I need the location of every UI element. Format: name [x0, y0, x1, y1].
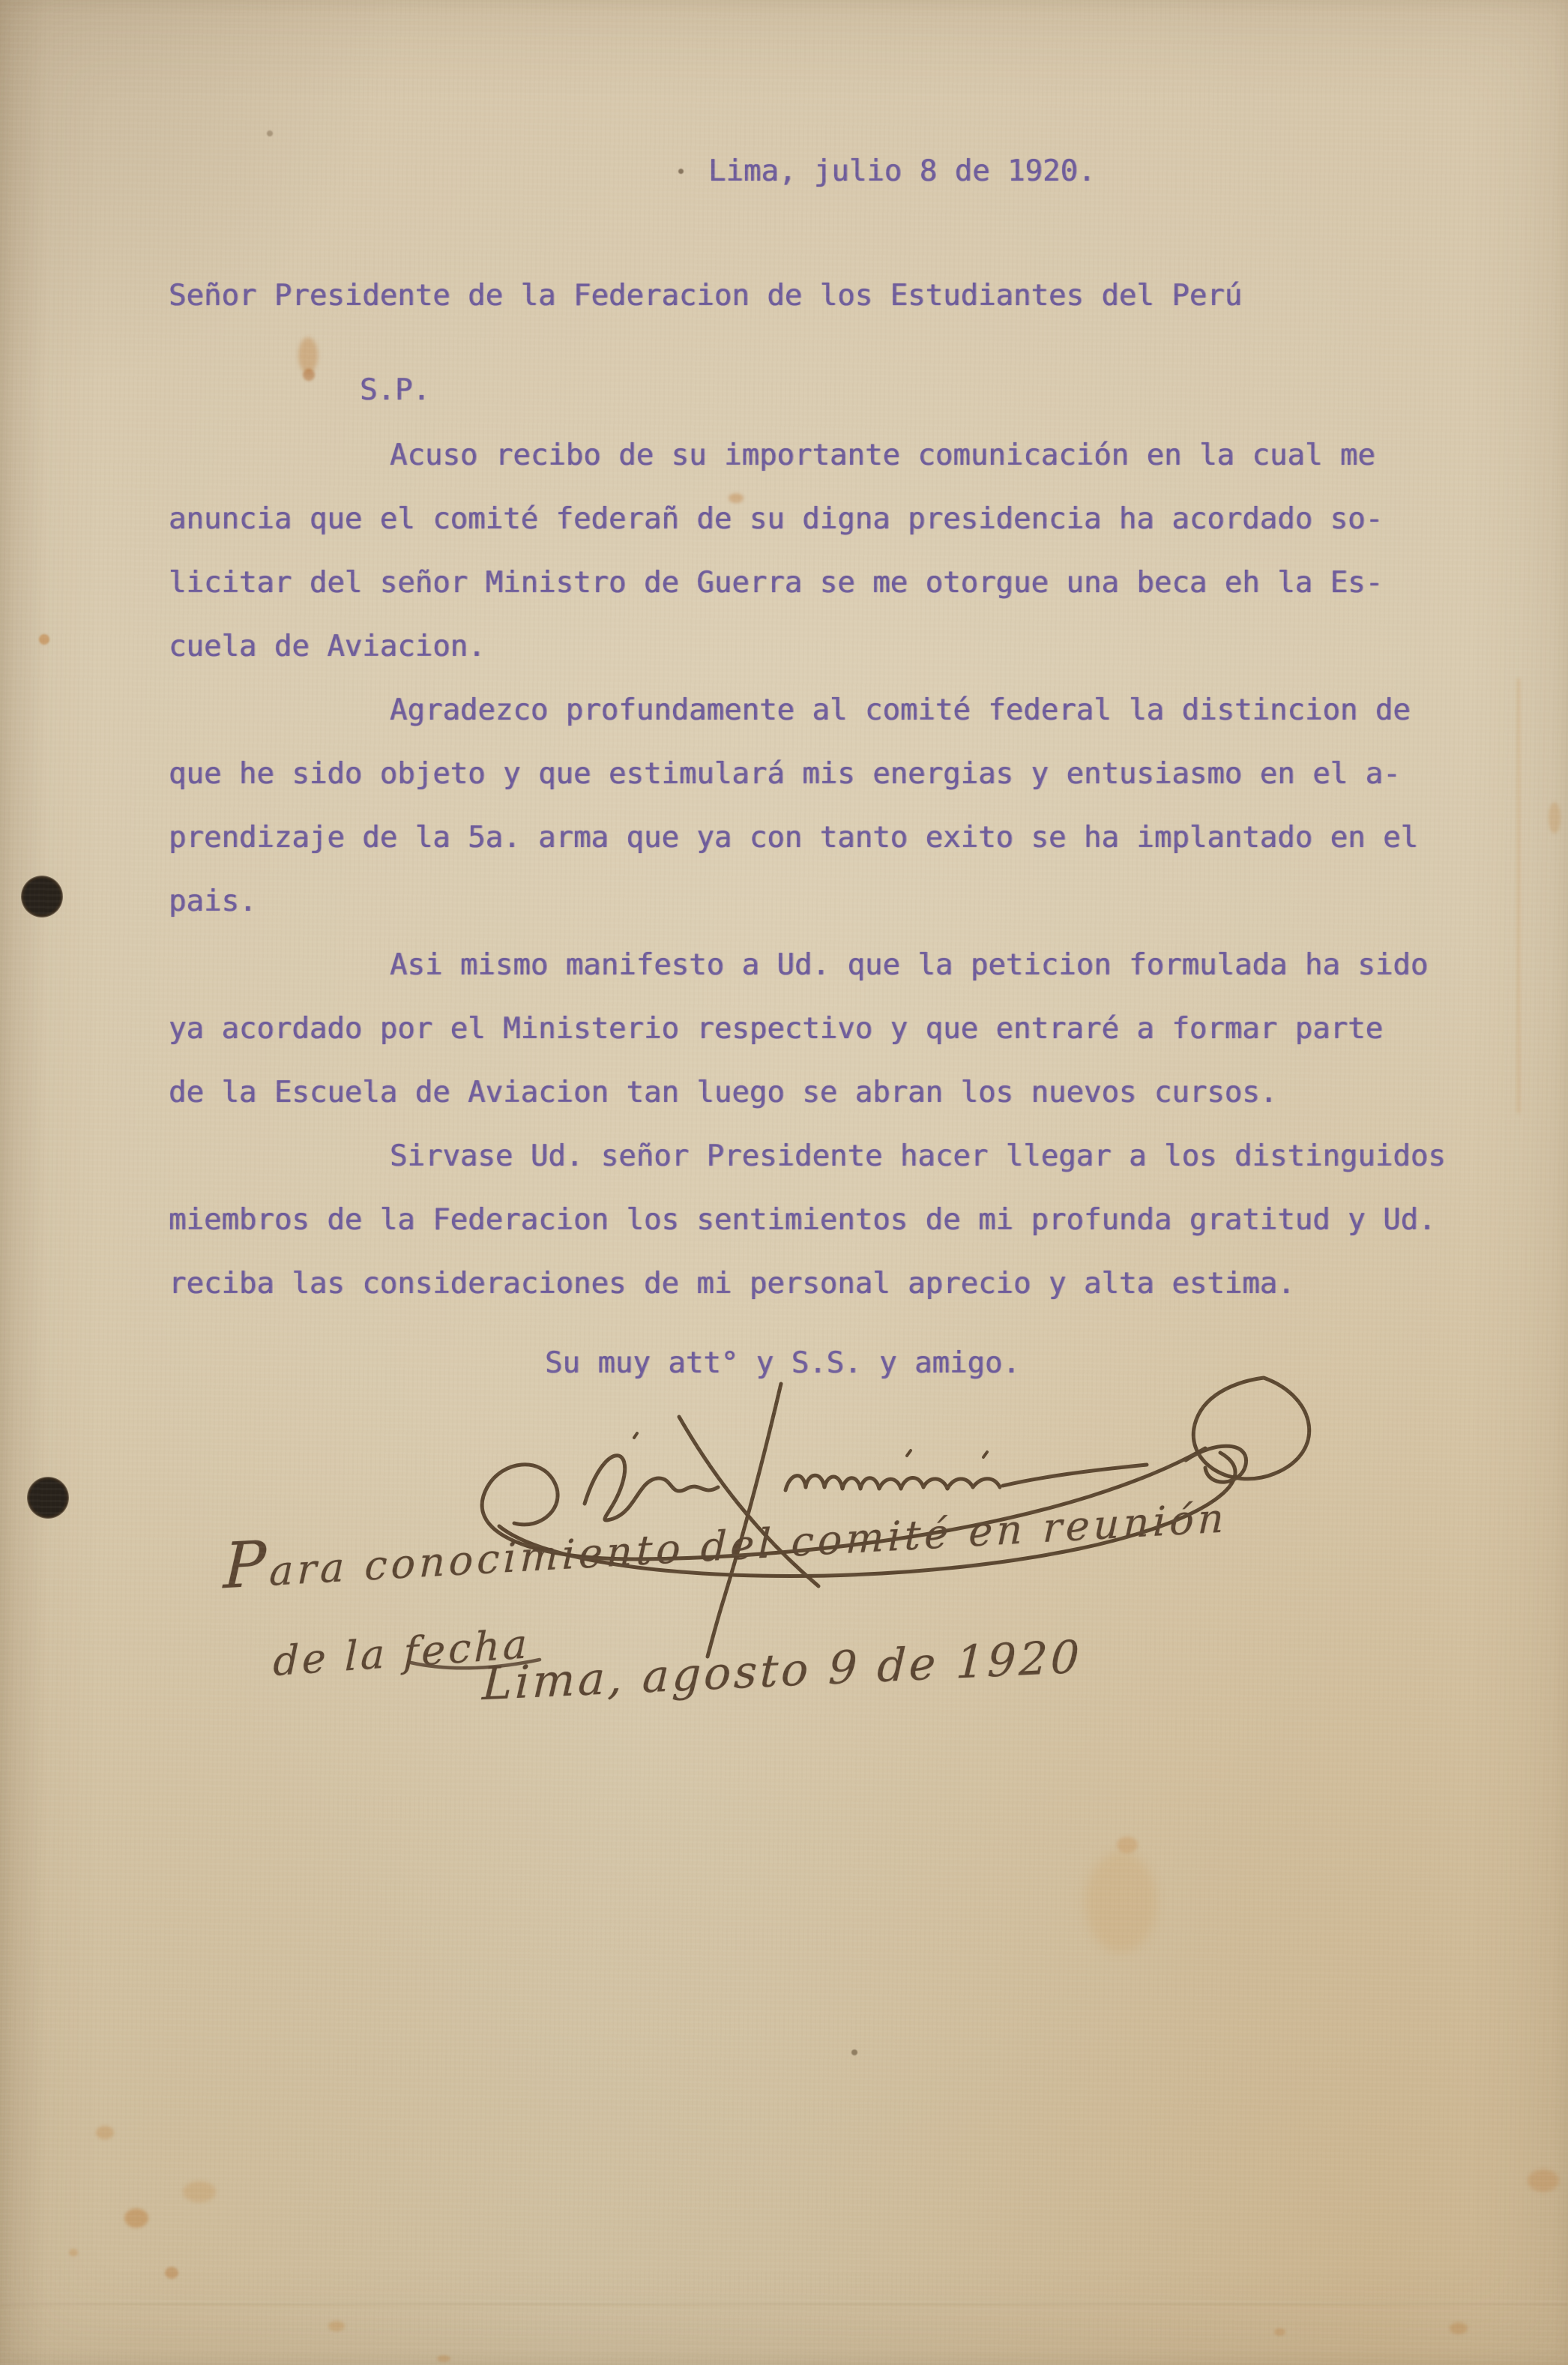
- handwritten-note-line-1: Para conocimiento del comité en reunión: [223, 1473, 1229, 1603]
- body-line: miembros de la Federacion los sentimient…: [169, 1203, 1436, 1238]
- hole-punch-top: [21, 876, 63, 918]
- body-line: licitar del señor Ministro de Guerra se …: [169, 566, 1383, 600]
- salutation-line: S.P.: [360, 373, 430, 408]
- body-line: reciba las consideraciones de mi persona…: [169, 1267, 1295, 1301]
- recipient-line: Señor Presidente de la Federacion de los…: [169, 279, 1242, 313]
- stain: [1549, 802, 1561, 834]
- handwritten-note-line-3: Lima, agosto 9 de 1920: [481, 1631, 1083, 1711]
- body-line: Asi mismo manifesto a Ud. que la peticio…: [390, 948, 1428, 983]
- stain: [1274, 2328, 1285, 2336]
- stain: [39, 634, 49, 645]
- stain: [96, 2126, 114, 2139]
- body-line: pais.: [169, 885, 256, 919]
- stain: [851, 2049, 857, 2055]
- stain: [678, 169, 684, 174]
- closing-line: Su muy att° y S.S. y amigo.: [545, 1346, 1020, 1381]
- body-line: ya acordado por el Ministerio respectivo…: [169, 1012, 1383, 1046]
- body-line: cuela de Aviacion.: [169, 630, 486, 664]
- stain: [1450, 2322, 1468, 2334]
- horizontal-fold-line: [0, 2301, 1568, 2305]
- stain: [298, 337, 318, 373]
- stain: [1528, 2169, 1559, 2192]
- body-line: que he sido objeto y que estimulará mis …: [169, 757, 1401, 792]
- body-line: anuncia que el comité federañ de su dign…: [169, 502, 1383, 537]
- stain: [183, 2181, 216, 2202]
- stain: [1117, 1837, 1138, 1853]
- vertical-crease-line: [1517, 678, 1520, 1113]
- body-line: Agradezco profundamente al comité federa…: [390, 693, 1411, 728]
- stain: [437, 2355, 450, 2362]
- stain: [267, 130, 273, 136]
- body-line: prendizaje de la 5a. arma que ya con tan…: [169, 821, 1418, 855]
- body-line: Sirvase Ud. señor Presidente hacer llega…: [390, 1139, 1446, 1174]
- body-line: Acuso recibo de su importante comunicaci…: [390, 439, 1375, 473]
- stain: [328, 2321, 345, 2331]
- stain: [303, 369, 315, 381]
- stain: [165, 2267, 178, 2279]
- stain: [69, 2249, 78, 2256]
- hole-punch-bottom: [27, 1477, 69, 1519]
- body-line: de la Escuela de Aviacion tan luego se a…: [169, 1076, 1277, 1110]
- stain: [124, 2208, 148, 2228]
- stain: [1085, 1852, 1157, 1953]
- date-line: Lima, julio 8 de 1920.: [708, 154, 1096, 189]
- letter-page: Lima, julio 8 de 1920. Señor Presidente …: [0, 0, 1568, 2365]
